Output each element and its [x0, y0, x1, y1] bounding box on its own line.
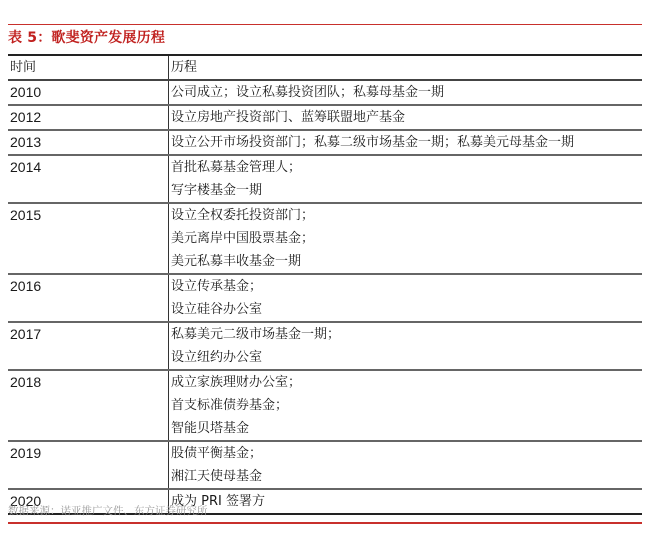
events-cell: 股债平衡基金； 湘江天使母基金: [169, 441, 643, 489]
header-time: 时间: [8, 55, 169, 80]
table-row: 2019 股债平衡基金； 湘江天使母基金: [8, 441, 642, 489]
events-cell: 私募美元二级市场基金一期； 设立纽约办公室: [169, 322, 643, 370]
table-row: 2015 设立全权委托投资部门； 美元离岸中国股票基金； 美元私募丰收基金一期: [8, 203, 642, 274]
event-line: 写字楼基金一期: [171, 179, 642, 202]
event-line: 公司成立；设立私募投资团队；私募母基金一期: [171, 81, 642, 104]
bottom-red-rule: [8, 522, 642, 524]
events-cell: 设立公开市场投资部门；私募二级市场基金一期；私募美元母基金一期: [169, 130, 643, 155]
source-note: 数据来源：诺亚推广文件、东方证券研究所: [8, 503, 208, 518]
event-line: 成立家族理财办公室；: [171, 371, 642, 394]
event-line: 设立纽约办公室: [171, 346, 642, 369]
table-row: 2016 设立传承基金； 设立硅谷办公室: [8, 274, 642, 322]
events-cell: 成立家族理财办公室； 首支标准债券基金； 智能贝塔基金: [169, 370, 643, 441]
event-line: 首支标准债券基金；: [171, 394, 642, 417]
event-line: 股债平衡基金；: [171, 442, 642, 465]
table-row: 2013 设立公开市场投资部门；私募二级市场基金一期；私募美元母基金一期: [8, 130, 642, 155]
events-cell: 公司成立；设立私募投资团队；私募母基金一期: [169, 80, 643, 105]
event-line: 设立硅谷办公室: [171, 298, 642, 321]
event-line: 智能贝塔基金: [171, 417, 642, 440]
header-history: 历程: [169, 55, 643, 80]
year-cell: 2017: [8, 322, 169, 370]
event-line: 设立全权委托投资部门；: [171, 204, 642, 227]
event-line: 美元离岸中国股票基金；: [171, 227, 642, 250]
top-red-rule: [8, 24, 642, 25]
year-cell: 2012: [8, 105, 169, 130]
table-title: 表 5：歌斐资产发展历程: [8, 29, 165, 47]
year-cell: 2015: [8, 203, 169, 274]
year-cell: 2019: [8, 441, 169, 489]
event-line: 美元私募丰收基金一期: [171, 250, 642, 273]
year-cell: 2014: [8, 155, 169, 203]
events-cell: 设立全权委托投资部门； 美元离岸中国股票基金； 美元私募丰收基金一期: [169, 203, 643, 274]
year-cell: 2018: [8, 370, 169, 441]
table-row: 2010 公司成立；设立私募投资团队；私募母基金一期: [8, 80, 642, 105]
event-line: 首批私募基金管理人；: [171, 156, 642, 179]
event-line: 设立传承基金；: [171, 275, 642, 298]
table-row: 2014 首批私募基金管理人； 写字楼基金一期: [8, 155, 642, 203]
event-line: 成为 PRI 签署方: [171, 490, 642, 513]
event-line: 设立公开市场投资部门；私募二级市场基金一期；私募美元母基金一期: [171, 131, 642, 154]
event-line: 湘江天使母基金: [171, 465, 642, 488]
year-cell: 2016: [8, 274, 169, 322]
events-cell: 成为 PRI 签署方: [169, 489, 643, 514]
history-table: 时间 历程 2010 公司成立；设立私募投资团队；私募母基金一期 2012 设立…: [8, 54, 642, 515]
event-line: 设立房地产投资部门、蓝筹联盟地产基金: [171, 106, 642, 129]
table-row: 2012 设立房地产投资部门、蓝筹联盟地产基金: [8, 105, 642, 130]
year-cell: 2010: [8, 80, 169, 105]
events-cell: 首批私募基金管理人； 写字楼基金一期: [169, 155, 643, 203]
year-cell: 2013: [8, 130, 169, 155]
event-line: 私募美元二级市场基金一期；: [171, 323, 642, 346]
table-header-row: 时间 历程: [8, 55, 642, 80]
table-row: 2018 成立家族理财办公室； 首支标准债券基金； 智能贝塔基金: [8, 370, 642, 441]
table-row: 2017 私募美元二级市场基金一期； 设立纽约办公室: [8, 322, 642, 370]
events-cell: 设立传承基金； 设立硅谷办公室: [169, 274, 643, 322]
events-cell: 设立房地产投资部门、蓝筹联盟地产基金: [169, 105, 643, 130]
